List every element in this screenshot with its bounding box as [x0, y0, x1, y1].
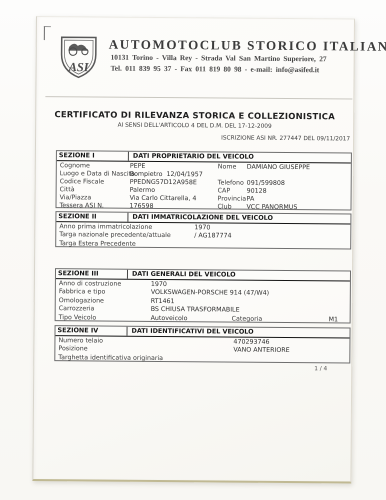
field-label: Tessera ASI N.	[59, 202, 103, 210]
table-row: Targhetta identificativa originaria	[55, 354, 349, 365]
field-label: Omologazione	[59, 297, 104, 306]
asi-shield-logo: ASI	[60, 35, 98, 79]
field-value: 1970	[194, 224, 210, 233]
vintage-car-icon	[68, 44, 88, 56]
field-label: Cognome	[60, 162, 90, 170]
field-value: PEPE	[130, 162, 146, 170]
field-value: 1970	[151, 280, 167, 289]
crop-mark	[44, 26, 51, 40]
section-3-title: DATI GENERALI DEL VEICOLO	[132, 270, 236, 279]
section-1-owner-table: SEZIONE I DATI PROPRIETARIO DEL VEICOLO …	[55, 150, 351, 210]
field-label: Via/Piazza	[60, 194, 92, 202]
header-divider	[45, 96, 352, 99]
field-label: Categoria	[232, 315, 263, 324]
section-3-id: SEZIONE III	[58, 269, 128, 278]
field-label: Tipo Veicolo	[59, 314, 97, 323]
field-label: Città	[60, 186, 75, 194]
table-row: Tipo VeicoloAutoveicoloCategoriaM1	[56, 314, 350, 325]
section-2-id: SEZIONE II	[58, 212, 128, 221]
field-label: Club	[217, 203, 231, 211]
registration-number: ISCRIZIONE ASI NR. 277447 DEL 09/11/2017	[221, 135, 350, 142]
document-title: CERTIFICATO DI RILEVANZA STORICA E COLLE…	[36, 109, 353, 121]
field-value: 470293746	[233, 338, 269, 347]
section-2-registration-table: SEZIONE II DATI IMMATRICOLAZIONE DEL VEI…	[55, 211, 351, 249]
organization-name: AUTOMOTOCLUB STORICO ITALIANO	[109, 37, 349, 55]
field-label: Provincia	[218, 195, 247, 203]
section-4-identification-table: SEZIONE IV DATI IDENTIFICATIVI DEL VEICO…	[54, 325, 350, 363]
field-label: CAP	[218, 187, 231, 195]
table-row: Targa Estera Precedente	[56, 240, 350, 251]
field-label: Targa Estera Precedente	[59, 240, 136, 249]
field-label: Nome	[218, 163, 237, 171]
section-4-title: DATI IDENTIFICATIVI DEL VEICOLO	[131, 327, 253, 336]
section-3-general-data-table: SEZIONE III DATI GENERALI DEL VEICOLO An…	[55, 268, 351, 323]
section-1-title: DATI PROPRIETARIO DEL VEICOLO	[133, 152, 254, 161]
field-value: / AG187774	[194, 232, 231, 241]
organization-contacts: Tel. 011 839 95 37 - Fax 011 819 80 98 -…	[111, 64, 349, 75]
section-1-id: SEZIONE I	[59, 151, 129, 160]
field-label: Posizione	[58, 345, 87, 354]
field-label: Numero telaio	[58, 337, 103, 346]
field-value: 176598	[129, 202, 153, 210]
section-4-id: SEZIONE IV	[58, 326, 128, 335]
svg-text:ASI: ASI	[68, 60, 90, 74]
field-label: Carrozzeria	[59, 305, 95, 314]
field-label: Fabbrica e tipo	[59, 288, 106, 297]
table-row: Tessera ASI N.176598ClubVCC PANORMUS	[56, 202, 350, 212]
document-subtitle: AI SENSI DELL'ARTICOLO 4 DEL D.M. DEL 17…	[36, 122, 353, 130]
field-value: Autoveicolo	[151, 315, 188, 324]
field-value: Palermo	[130, 186, 156, 194]
page-indicator: 1 / 4	[314, 366, 327, 372]
organization-address: 10131 Torino - Villa Rey - Strada Val Sa…	[111, 53, 349, 64]
field-label: Telefono	[218, 179, 244, 187]
field-value: PA	[247, 195, 255, 203]
field-value: RT1461	[151, 298, 175, 307]
field-label: Targhetta identificativa originaria	[58, 354, 163, 363]
section-2-title: DATI IMMATRICOLAZIONE DEL VEICOLO	[132, 213, 273, 223]
field-value: 90128	[247, 187, 267, 195]
field-value: M1	[329, 316, 339, 325]
field-value: VCC PANORMUS	[246, 203, 297, 211]
certificate-page: ASI AUTOMOTOCLUB STORICO ITALIANO 10131 …	[32, 16, 355, 483]
